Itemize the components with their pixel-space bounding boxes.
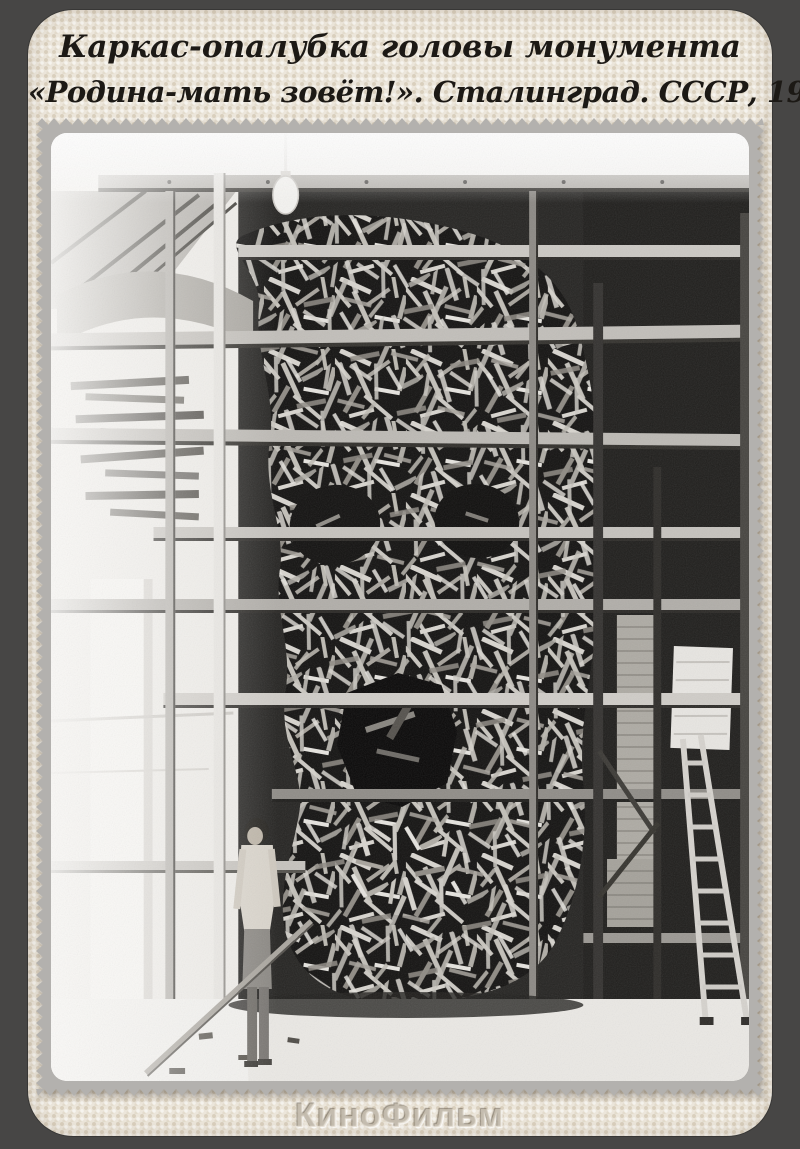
photo-card-page: Каркас-опалубка головы монумента «Родина… xyxy=(0,0,800,1149)
caption-line-1: Каркас-опалубка головы монумента xyxy=(28,24,772,70)
caption-line-2: «Родина-мать зовёт!». Сталинград. СССР, … xyxy=(28,70,772,114)
caption: Каркас-опалубка головы монумента «Родина… xyxy=(28,24,772,114)
stamp-frame xyxy=(36,118,764,1096)
watermark: КиноФильм xyxy=(28,1097,772,1136)
retro-postcard: Каркас-опалубка головы монумента «Родина… xyxy=(28,10,772,1136)
photo-scene-svg xyxy=(51,133,749,1081)
photograph xyxy=(51,133,749,1081)
film-grain xyxy=(51,133,749,1081)
stamp-frame-wrap xyxy=(36,118,764,1096)
